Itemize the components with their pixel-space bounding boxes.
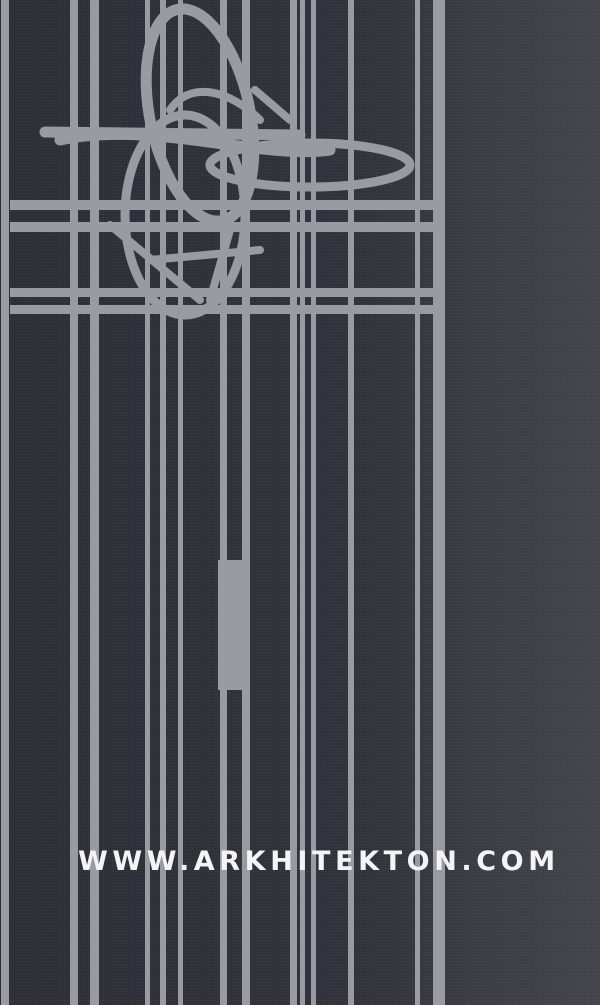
business-card: WWW.ARKHITEKTON.COM	[0, 0, 600, 1005]
website-url[interactable]: WWW.ARKHITEKTON.COM	[78, 846, 600, 877]
